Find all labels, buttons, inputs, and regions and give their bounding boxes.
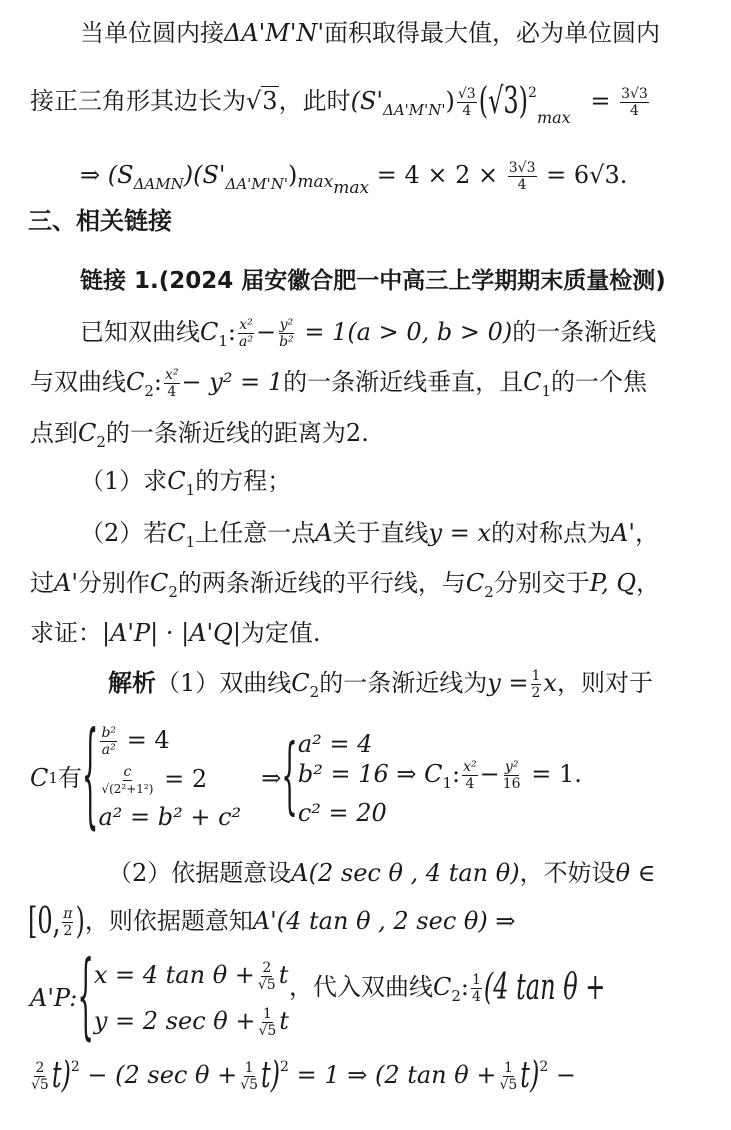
math-label: A'P: bbox=[30, 983, 77, 1013]
math-A-prime: A'(4 tan θ , 2 sec θ) ⇒ bbox=[253, 907, 516, 935]
system-2: a² = 4 b² = 16 ⇒ C1:x²4−y²16 = 1. c² = 2… bbox=[298, 729, 582, 828]
text: 的方程； bbox=[195, 467, 291, 495]
math-y: y = bbox=[487, 669, 528, 697]
left-brace-icon: { bbox=[82, 712, 99, 844]
fraction: 1√5 bbox=[257, 1006, 277, 1039]
link-title: 链接 1.(2024 届安徽合肥一中高三上学期期末质量检测) bbox=[80, 266, 666, 296]
text: 面积取得最大值，必为单位圆内 bbox=[324, 19, 660, 47]
fraction: y²b² bbox=[278, 317, 295, 350]
text: 过 bbox=[30, 569, 54, 597]
text: 上任意一点 bbox=[195, 519, 315, 547]
equation-system: C1有 { b²a² = 4 c√(2²+1²) = 2 a² = b² + c… bbox=[30, 718, 582, 838]
fraction: x²a² bbox=[238, 317, 254, 350]
fraction: 3√34 bbox=[508, 160, 537, 193]
math-C: C bbox=[150, 569, 168, 597]
math-A: A(2 sec θ , 4 tan θ) bbox=[291, 859, 519, 887]
text: 接正三角形其边长为 bbox=[30, 87, 246, 115]
subscript-max: max bbox=[297, 172, 333, 192]
math-C: C bbox=[30, 763, 48, 793]
subscript: 1 bbox=[48, 763, 58, 793]
math-A-prime: A' bbox=[611, 519, 635, 547]
fraction: 1√5 bbox=[498, 1060, 518, 1093]
text: 的两条渐近线的平行线，与 bbox=[178, 569, 466, 597]
text: 的一个焦 bbox=[551, 368, 647, 396]
problem-line-2: 与双曲线C2:x²4− y² = 1的一条渐近线垂直，且C1的一个焦 bbox=[30, 367, 647, 406]
interval-close: ) bbox=[75, 899, 84, 944]
math-C: C bbox=[424, 760, 442, 788]
paren: ) bbox=[446, 87, 455, 115]
interval-open: [0, bbox=[28, 899, 60, 944]
text: 有 bbox=[58, 763, 82, 793]
solution-2-line-2: [0,π2)，则依据题意知A'(4 tan θ , 2 sec θ) ⇒ bbox=[28, 906, 515, 939]
text: 的一条渐近线为 bbox=[319, 669, 487, 697]
text: ，代入双曲线C2:14(4 tan θ + bbox=[289, 972, 605, 1011]
text: 的一条渐近线的距离为2. bbox=[106, 419, 369, 447]
text: （2）若 bbox=[80, 519, 167, 547]
math-A: A bbox=[315, 519, 332, 547]
math-S-prime: )(S' bbox=[184, 161, 226, 189]
math-C: C bbox=[523, 368, 541, 396]
colon: : bbox=[154, 368, 162, 396]
text: 分别交于 bbox=[494, 569, 590, 597]
question-1: （1）求C1的方程； bbox=[80, 466, 291, 505]
equals: = bbox=[590, 87, 610, 115]
subscript: 2 bbox=[168, 583, 178, 601]
math-C: C bbox=[126, 368, 144, 396]
problem-line-1: 已知双曲线C1:x²a²−y²b² = 1(a > 0, b > 0)的一条渐近… bbox=[80, 317, 656, 356]
question-2-line-2: 过A'分别作C2的两条渐近线的平行线，与C2分别交于P, Q， bbox=[30, 568, 660, 607]
text: （1）求 bbox=[80, 467, 167, 495]
intro-line-1: 当单位圆内接ΔA'M'N'面积取得最大值，必为单位圆内 bbox=[80, 18, 660, 48]
question-2-line-3: 求证：|A'P| · |A'Q|为定值. bbox=[30, 618, 321, 648]
subscript: 1 bbox=[186, 481, 196, 499]
text: 的一条渐近线垂直，且 bbox=[283, 368, 523, 396]
math-expr: − y² = 1 bbox=[182, 368, 284, 396]
subscript: 2 bbox=[484, 583, 494, 601]
text: ，不妨设 bbox=[520, 859, 616, 887]
text: 的对称点为 bbox=[491, 519, 611, 547]
math-sub: ΔA'M'N' bbox=[225, 175, 288, 193]
fraction: 12 bbox=[531, 668, 542, 701]
sqrt-radicand: 3 bbox=[261, 86, 278, 115]
system-1: b²a² = 4 c√(2²+1²) = 2 a² = b² + c² bbox=[98, 722, 241, 834]
problem-line-3: 点到C2的一条渐近线的距离为2. bbox=[30, 418, 369, 457]
subscript: 2 bbox=[96, 433, 106, 451]
implies-arrow: ⇒ bbox=[261, 763, 281, 793]
intro-line-2: 接正三角形其边长为√3，此时(S'ΔA'M'N')√34(√3)2max = 3… bbox=[30, 78, 651, 133]
text: ，此时 bbox=[279, 87, 351, 115]
subscript: 1 bbox=[186, 533, 196, 551]
text: 关于直线 bbox=[333, 519, 429, 547]
fraction: y²16 bbox=[502, 759, 522, 792]
text: 求证： bbox=[30, 619, 102, 647]
section-heading: 三、相关链接 bbox=[28, 206, 172, 236]
solution-line-1: 解析（1）双曲线C2的一条渐近线为y =12x，则对于 bbox=[108, 668, 653, 707]
text: 与双曲线 bbox=[30, 368, 126, 396]
math-condition: = 1(a > 0, b > 0) bbox=[304, 318, 512, 346]
solution-2-line-1: （2）依据题意设A(2 sec θ , 4 tan θ)，不妨设θ ∈ bbox=[108, 858, 655, 888]
fraction: x²4 bbox=[164, 367, 180, 400]
minus: − bbox=[256, 318, 276, 346]
fraction: 2√5 bbox=[30, 1060, 50, 1093]
text: ， bbox=[635, 519, 659, 547]
left-brace-icon: { bbox=[77, 944, 94, 1052]
text: 为定值. bbox=[241, 619, 321, 647]
text: 的一条渐近线 bbox=[512, 318, 656, 346]
math-result: = 6√3. bbox=[546, 161, 627, 189]
text: 点到 bbox=[30, 419, 78, 447]
exponent: 2 bbox=[528, 85, 537, 101]
math-C: C bbox=[291, 669, 309, 697]
math-PQ: P, Q bbox=[590, 569, 636, 597]
math-C: C bbox=[167, 467, 185, 495]
math-expr: = 4 × 2 × bbox=[377, 161, 498, 189]
math-line: y = x bbox=[429, 519, 491, 547]
fraction: c√(2²+1²) bbox=[100, 764, 154, 797]
subscript-max: max bbox=[537, 108, 571, 127]
subscript: 1 bbox=[541, 382, 551, 400]
text: 分别作 bbox=[78, 569, 150, 597]
fraction: 2√5 bbox=[257, 960, 277, 993]
implies-arrow: ⇒ bbox=[80, 161, 100, 189]
ap-cases: x = 4 tan θ +2√5t y = 2 sec θ +1√5t bbox=[94, 952, 289, 1044]
math-A-prime: A' bbox=[54, 569, 78, 597]
solution-last-line: 2√5t)2 − (2 sec θ +1√5t)2 = 1 ⇒ (2 tan θ… bbox=[28, 1052, 576, 1093]
text: ，则依据题意知 bbox=[85, 907, 253, 935]
math-sub: ΔA'M'N' bbox=[383, 101, 446, 119]
ap-system: A'P: { x = 4 tan θ +2√5t y = 2 sec θ +1√… bbox=[30, 950, 605, 1046]
fraction: 1√5 bbox=[239, 1060, 259, 1093]
math-expr: |A'P| · |A'Q| bbox=[102, 619, 241, 647]
math-S: (S' bbox=[351, 87, 383, 115]
text: 当单位圆内接 bbox=[80, 19, 224, 47]
fraction: x²4 bbox=[462, 759, 478, 792]
fraction: √34 bbox=[457, 86, 477, 119]
math-paren: (√3) bbox=[479, 79, 528, 124]
question-2-line-1: （2）若C1上任意一点A关于直线y = x的对称点为A'， bbox=[80, 518, 659, 557]
fraction: 3√34 bbox=[620, 86, 649, 119]
math-C: C bbox=[78, 419, 96, 447]
text: ，则对于 bbox=[557, 669, 653, 697]
subscript: 2 bbox=[310, 683, 320, 701]
math-x: x bbox=[543, 669, 557, 697]
math-sub: ΔAMN bbox=[134, 175, 184, 193]
text: 已知双曲线 bbox=[80, 318, 200, 346]
implies-arrow: ⇒ bbox=[396, 760, 416, 788]
math-C: C bbox=[167, 519, 185, 547]
fraction: b²a² bbox=[100, 725, 117, 758]
fraction: 14 bbox=[471, 972, 482, 1005]
subscript: 1 bbox=[218, 332, 228, 350]
math-triangle: ΔA'M'N' bbox=[224, 19, 324, 47]
subscript: 2 bbox=[144, 382, 154, 400]
math-S: (S bbox=[108, 161, 134, 189]
solution-label: 解析 bbox=[108, 669, 156, 697]
text: ， bbox=[636, 569, 660, 597]
text: （1）双曲线 bbox=[156, 669, 291, 697]
intro-line-3: ⇒ (SΔAMN)(S'ΔA'M'N')maxmax = 4 × 2 × 3√3… bbox=[80, 160, 627, 203]
colon: : bbox=[228, 318, 236, 346]
fraction: π2 bbox=[62, 906, 73, 939]
left-brace-icon: { bbox=[281, 730, 298, 826]
math-theta: θ ∈ bbox=[616, 859, 656, 887]
subscript-max: max bbox=[333, 178, 369, 198]
text: （2）依据题意设 bbox=[108, 859, 291, 887]
paren: ) bbox=[288, 161, 297, 189]
math-C: C bbox=[200, 318, 218, 346]
math-C: C bbox=[466, 569, 484, 597]
